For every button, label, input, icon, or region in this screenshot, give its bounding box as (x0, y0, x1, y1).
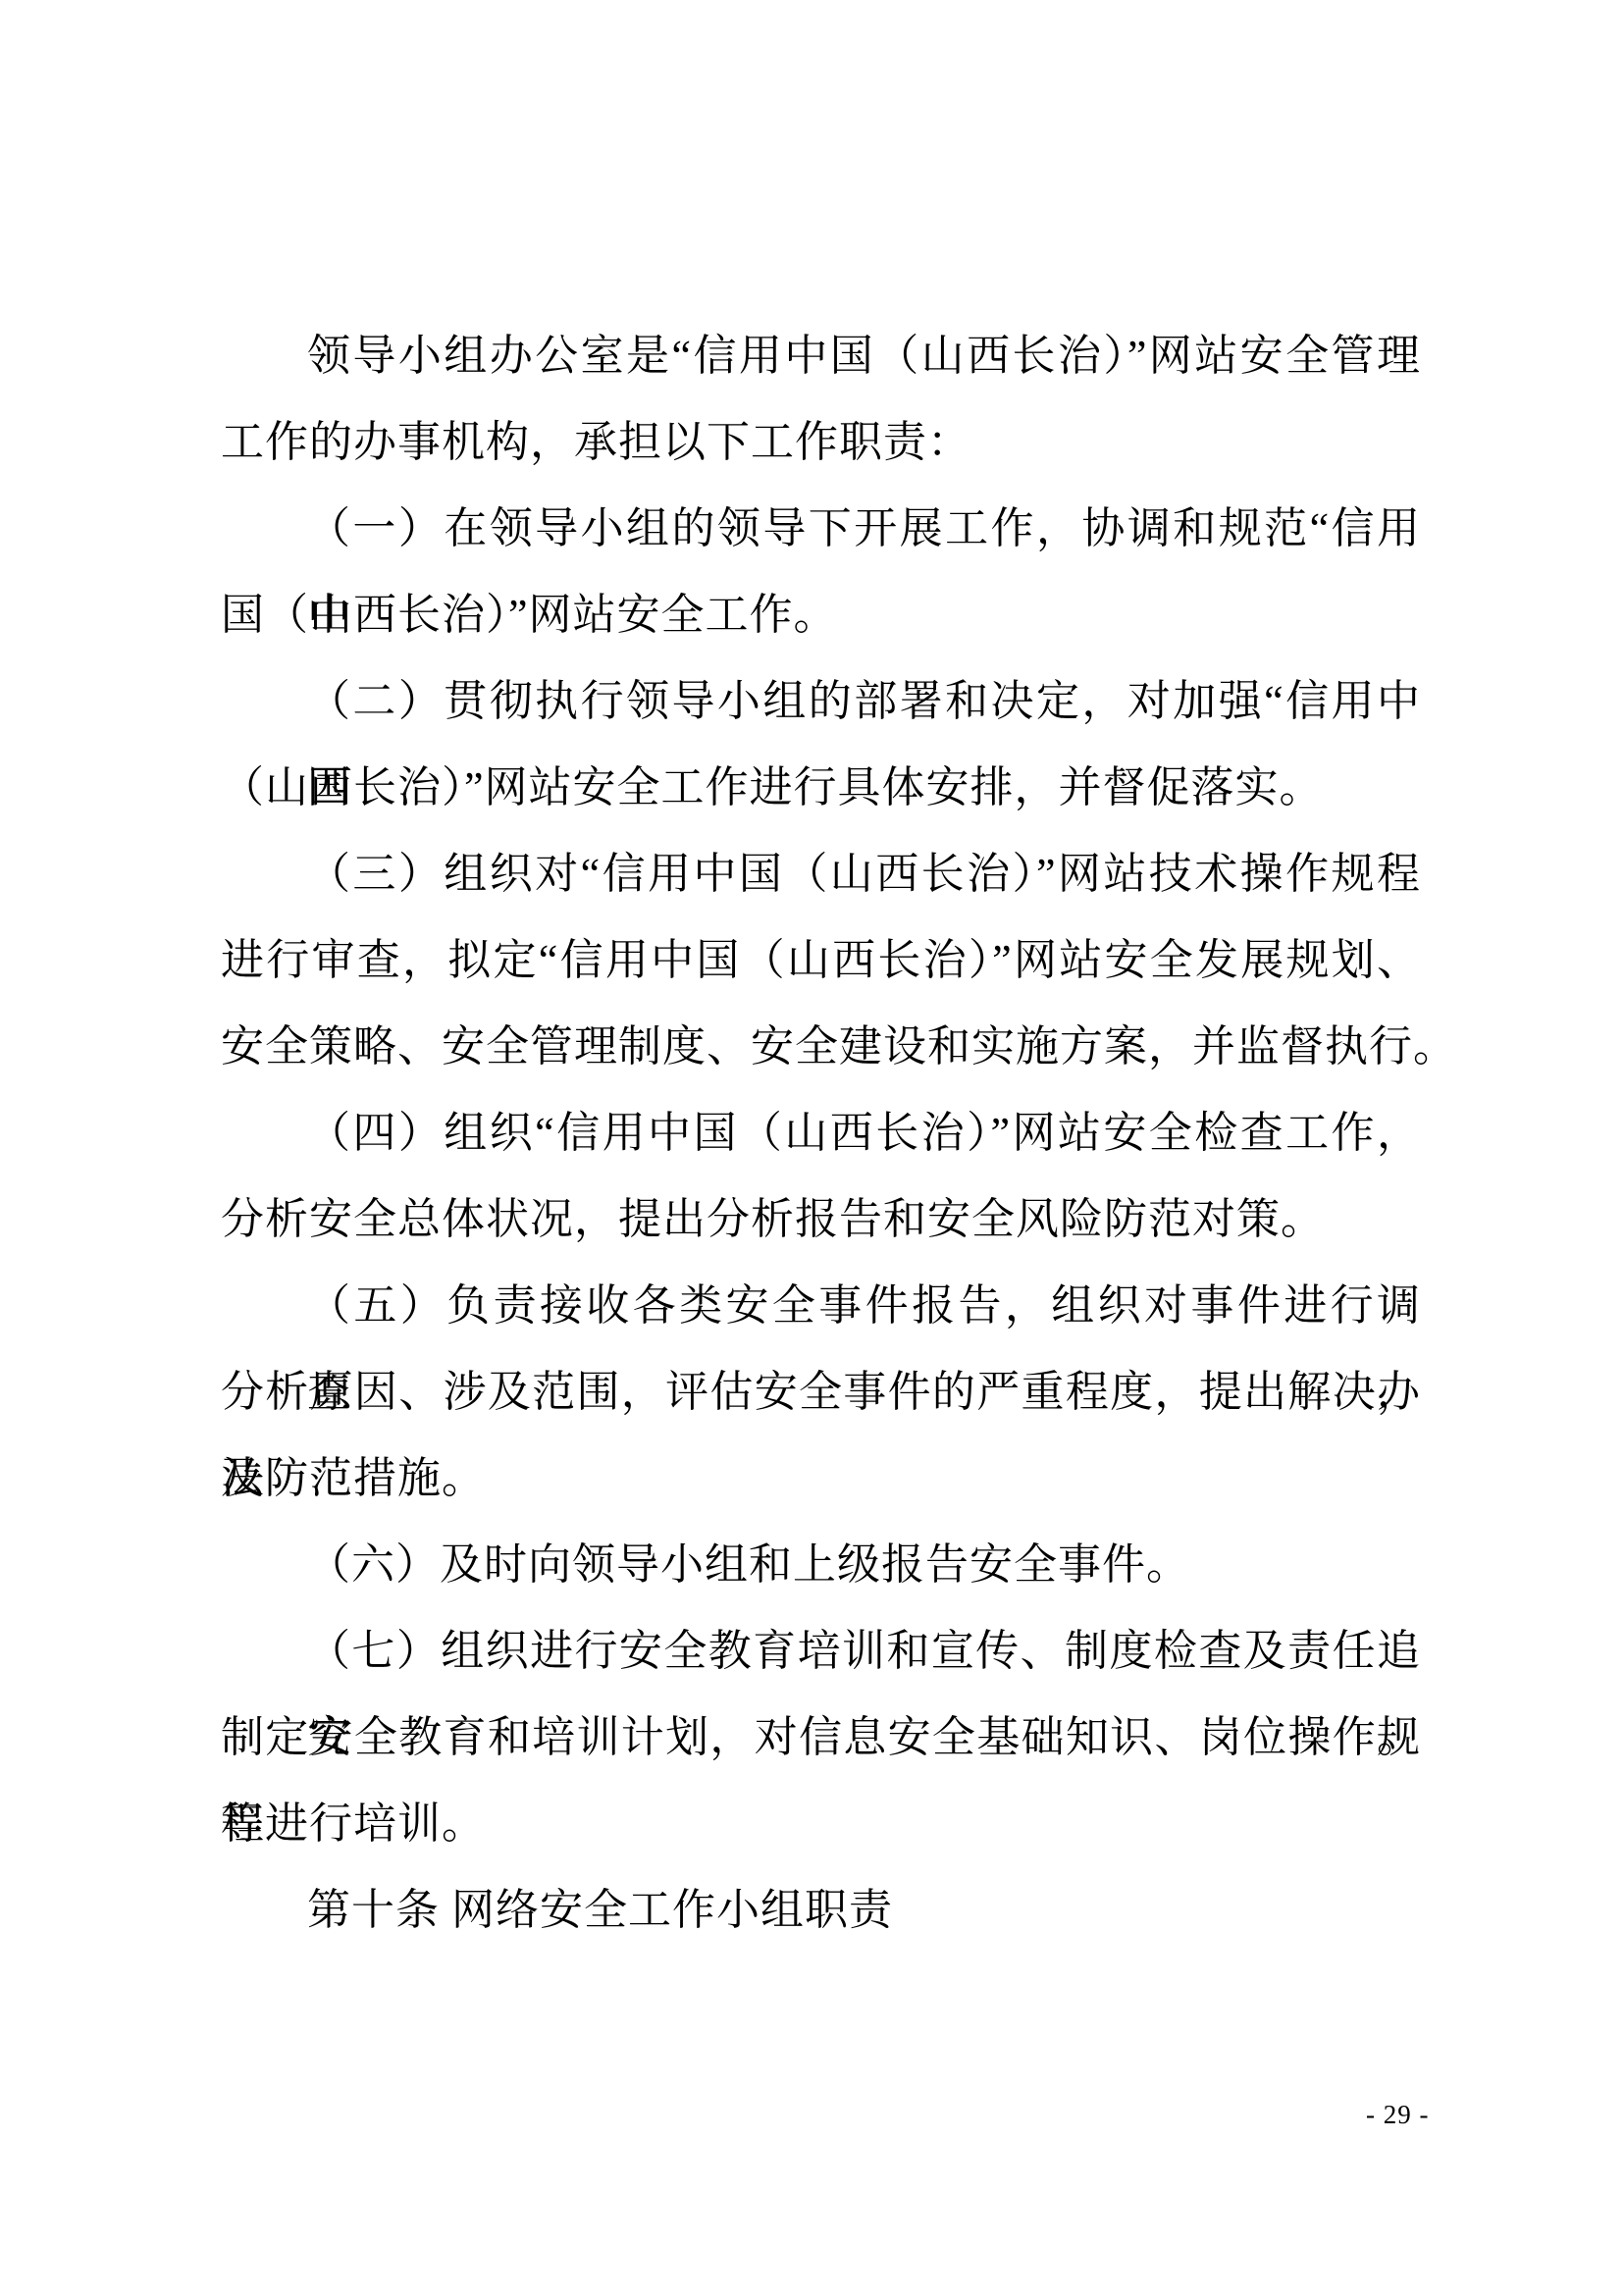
document-page: 领导小组办公室是“信用中国（山西长治）”网站安全管理 工作的办事机构，承担以下工… (0, 0, 1624, 2296)
text-line: （山西长治）”网站安全工作进行具体安排，并督促落实。 (221, 745, 1421, 831)
text-line: 分析安全总体状况，提出分析报告和安全风险防范对策。 (221, 1176, 1421, 1263)
page-number: - 29 - (1366, 2100, 1429, 2129)
text-line: （三）组织对“信用中国（山西长治）”网站技术操作规程 (221, 831, 1421, 917)
text-line: 等进行培训。 (221, 1781, 1421, 1867)
text-line: 领导小组办公室是“信用中国（山西长治）”网站安全管理 (221, 313, 1421, 399)
text-line: （六）及时向领导小组和上级报告安全事件。 (221, 1522, 1421, 1608)
text-line: （二）贯彻执行领导小组的部署和决定，对加强“信用中国 (221, 658, 1421, 745)
text-line: （一）在领导小组的领导下开展工作，协调和规范“信用中 (221, 486, 1421, 572)
text-line: 分析原因、涉及范围，评估安全事件的严重程度，提出解决办法 (221, 1349, 1421, 1435)
document-text-block: 领导小组办公室是“信用中国（山西长治）”网站安全管理 工作的办事机构，承担以下工… (221, 313, 1421, 1954)
text-line: 国（山西长治）”网站安全工作。 (221, 572, 1421, 658)
text-line: （七）组织进行安全教育培训和宣传、制度检查及责任追究。 (221, 1608, 1421, 1695)
section-heading-line: 第十条 网络安全工作小组职责 (221, 1867, 1421, 1954)
text-line: 安全策略、安全管理制度、安全建设和实施方案，并监督执行。 (221, 1004, 1421, 1090)
text-line: 进行审查，拟定“信用中国（山西长治）”网站安全发展规划、 (221, 917, 1421, 1004)
text-line: 制定安全教育和培训计划，对信息安全基础知识、岗位操作规程 (221, 1695, 1421, 1781)
text-line: 工作的办事机构，承担以下工作职责： (221, 399, 1421, 486)
text-line: （五）负责接收各类安全事件报告，组织对事件进行调查， (221, 1263, 1421, 1349)
text-line: 及防范措施。 (221, 1435, 1421, 1522)
text-line: （四）组织“信用中国（山西长治）”网站安全检查工作， (221, 1090, 1421, 1176)
